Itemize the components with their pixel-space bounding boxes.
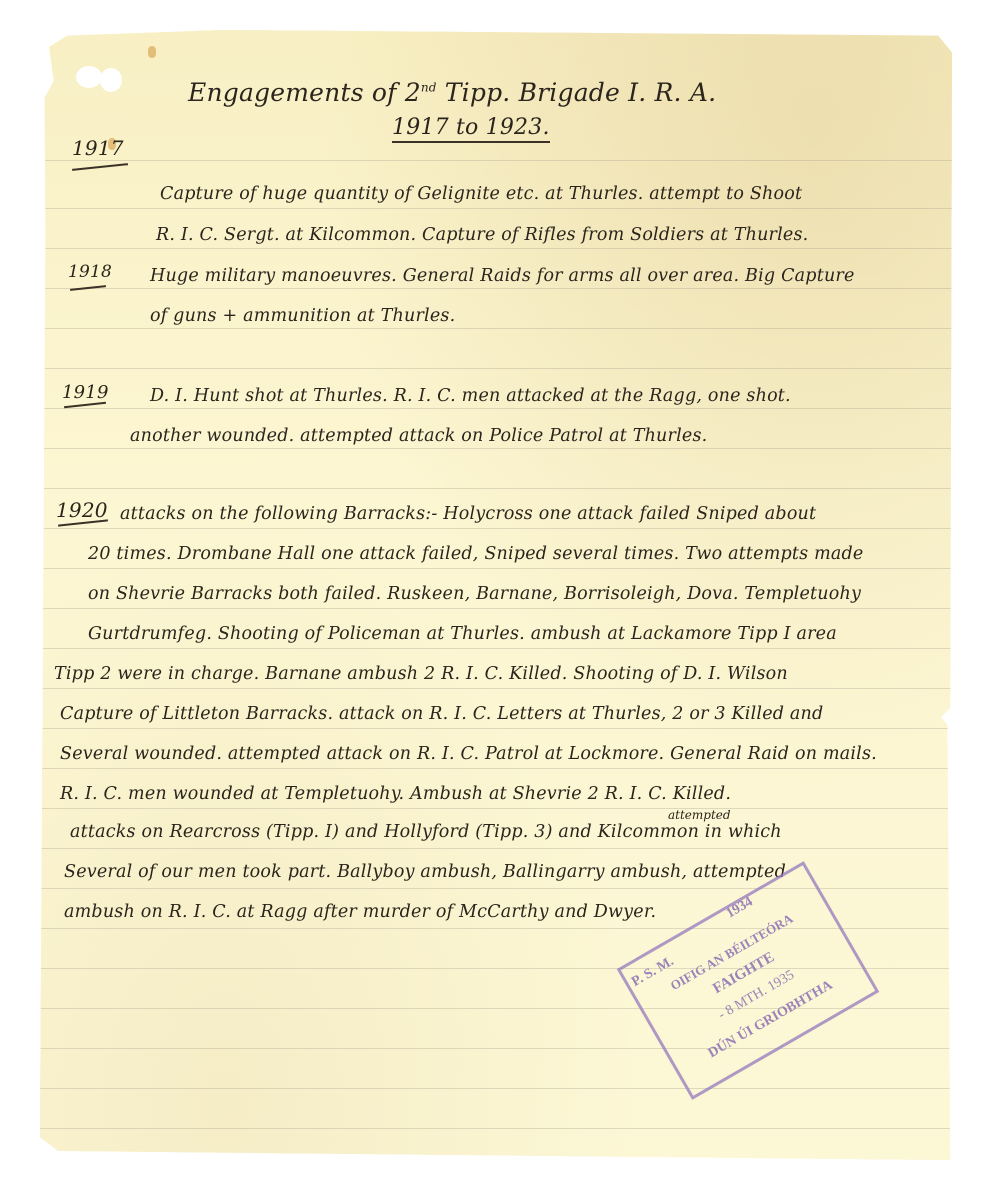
ruled-line	[40, 1128, 952, 1129]
entry-line: of guns + ammunition at Thurles.	[150, 306, 455, 326]
year-label-1919: 1919	[62, 382, 109, 403]
ruled-line	[40, 648, 952, 649]
ruled-line	[40, 288, 952, 289]
punch-hole	[100, 68, 122, 92]
ruled-line	[40, 488, 952, 489]
entry-line: Huge military manoeuvres. General Raids …	[150, 266, 855, 286]
entry-line: ambush on R. I. C. at Ragg after murder …	[64, 902, 656, 922]
entry-line: Several wounded. attempted attack on R. …	[60, 744, 877, 764]
ruled-line	[40, 448, 952, 449]
ruled-line	[40, 160, 952, 161]
entry-line: R. I. C. men wounded at Templetuohy. Amb…	[60, 784, 731, 804]
ruled-line	[40, 328, 952, 329]
entry-line: Several of our men took part. Ballyboy a…	[64, 862, 786, 882]
entry-line: Capture of huge quantity of Gelignite et…	[160, 184, 802, 204]
entry-line: on Shevrie Barracks both failed. Ruskeen…	[88, 584, 861, 604]
ruled-line	[40, 208, 952, 209]
entry-line: another wounded. attempted attack on Pol…	[130, 426, 707, 446]
ruled-line	[40, 808, 952, 809]
year-label-1917: 1917	[72, 136, 124, 160]
entry-line: Tipp 2 were in charge. Barnane ambush 2 …	[54, 664, 788, 684]
entry-line: attacks on Rearcross (Tipp. I) and Holly…	[70, 822, 782, 842]
title-suffix: Tipp. Brigade I. R. A.	[437, 78, 717, 107]
ruled-line	[40, 408, 952, 409]
entry-line: attacks on the following Barracks:- Holy…	[120, 504, 816, 524]
document-subtitle: 1917 to 1923.	[392, 115, 550, 143]
insertion-attempted: attempted	[668, 808, 731, 822]
year-label-1918: 1918	[68, 262, 112, 282]
entry-line: D. I. Hunt shot at Thurles. R. I. C. men…	[150, 386, 791, 406]
entry-line: 20 times. Drombane Hall one attack faile…	[88, 544, 863, 564]
ruled-line	[40, 608, 952, 609]
ruled-line	[40, 568, 952, 569]
document-title: Engagements of 2nd Tipp. Brigade I. R. A…	[188, 78, 716, 107]
ruled-line	[40, 728, 952, 729]
title-superscript: nd	[421, 81, 437, 95]
title-prefix: Engagements of 2	[188, 78, 421, 107]
torn-notch	[76, 66, 102, 88]
ruled-line	[40, 848, 952, 849]
ruled-line	[40, 528, 952, 529]
ruled-line	[40, 368, 952, 369]
ruled-line	[40, 768, 952, 769]
entry-line: Gurtdrumfeg. Shooting of Policeman at Th…	[88, 624, 837, 644]
ruled-line	[40, 688, 952, 689]
year-label-1920: 1920	[56, 498, 108, 522]
entry-line: R. I. C. Sergt. at Kilcommon. Capture of…	[156, 225, 808, 245]
ruled-line	[40, 1048, 952, 1049]
ruled-line	[40, 248, 952, 249]
rust-stain	[148, 46, 156, 58]
entry-line: Capture of Littleton Barracks. attack on…	[60, 704, 823, 724]
ruled-line	[40, 1088, 952, 1089]
